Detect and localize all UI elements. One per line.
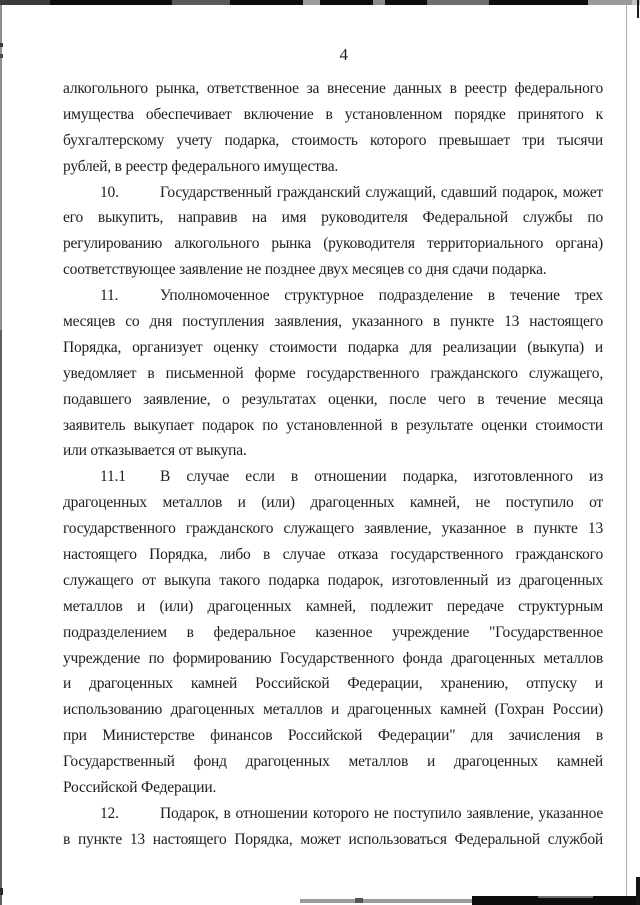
text-line: учреждение по формированию Государственн… (63, 646, 603, 672)
text-line: в пункте 13 настоящего Порядка, может ис… (63, 827, 603, 853)
text-line: драгоценных металлов и (или) драгоценных… (63, 490, 603, 516)
paragraph-first-line-text: Уполномоченное структурное подразделение… (160, 287, 603, 304)
scan-artifact-segment (373, 0, 385, 5)
paragraph-first-line-text: Подарок, в отношении которого не поступи… (160, 805, 603, 822)
text-line: бухгалтерскому учету подарка, стоимость … (63, 128, 603, 154)
text-line: уведомляет в письменной форме государств… (63, 361, 603, 387)
text-line: Порядка, организует оценку стоимости под… (63, 335, 603, 361)
text-line: 11.Уполномоченное структурное подразделе… (63, 283, 603, 309)
scan-artifact-segment (427, 0, 489, 5)
scan-artifact-segment (538, 896, 593, 898)
paragraph-continuation: алкогольного рынка, ответственное за вне… (63, 76, 603, 180)
paragraph-first-line-text: В случае если в отношении подарка, изгот… (160, 468, 603, 485)
text-line: 11.1В случае если в отношении подарка, и… (63, 464, 603, 490)
text-line: государственного гражданского служащего … (63, 516, 603, 542)
scan-artifact-right-edge-line (626, 5, 627, 898)
paragraph-12: 12.Подарок, в отношении которого не пост… (63, 801, 603, 853)
scan-artifact-mark (0, 888, 3, 895)
paragraph-number: 11. (100, 283, 160, 309)
text-line: Российской Федерации. (63, 775, 603, 801)
paragraph-number: 11.1 (100, 464, 160, 490)
scan-artifact-mark (0, 43, 3, 47)
text-line: подразделением в федеральное казенное уч… (63, 620, 603, 646)
paragraph-11.1: 11.1В случае если в отношении подарка, и… (63, 464, 603, 801)
scan-artifact-mark (0, 54, 3, 58)
paragraph-11: 11.Уполномоченное структурное подразделе… (63, 283, 603, 464)
scan-artifact-segment (303, 0, 320, 5)
text-line: его выкупить, направив на имя руководите… (63, 205, 603, 231)
text-line: металлов и (или) драгоценных камней, под… (63, 594, 603, 620)
text-line: соответствующее заявление не позднее дву… (63, 257, 603, 283)
scanned-document-page: 4 алкогольного рынка, ответственное за в… (0, 0, 640, 905)
text-line: подавшего заявление, о результатах оценк… (63, 387, 603, 413)
text-line: служащего от выкупа такого подарка подар… (63, 568, 603, 594)
text-line: использованию драгоценных металлов и дра… (63, 697, 603, 723)
scan-artifact-top-bar (0, 0, 640, 5)
text-line: месяцев со дня поступления заявления, ук… (63, 309, 603, 335)
text-line: 10.Государственный гражданский служащий,… (63, 180, 603, 206)
text-line: и драгоценных камней Российской Федераци… (63, 671, 603, 697)
text-line: или отказывается от выкупа. (63, 438, 603, 464)
text-line: Государственный фонд драгоценных металло… (63, 749, 603, 775)
paragraph-first-line-text: Государственный гражданский служащий, сд… (160, 184, 603, 201)
text-line: 12.Подарок, в отношении которого не пост… (63, 801, 603, 827)
paragraph-number: 12. (100, 801, 160, 827)
text-line: регулированию алкогольного рынка (руково… (63, 231, 603, 257)
text-line: настоящего Порядка, либо в случае отказа… (63, 542, 603, 568)
text-line: алкогольного рынка, ответственное за вне… (63, 76, 603, 102)
text-line: рублей, в реестр федерального имущества. (63, 154, 603, 180)
scan-artifact-segment (172, 0, 230, 5)
scan-artifact-bottom-bar (300, 899, 472, 903)
scan-artifact-mark (355, 898, 363, 903)
document-text-block: алкогольного рынка, ответственное за вне… (63, 76, 603, 853)
scan-artifact-mark (636, 877, 640, 905)
scan-artifact-mark (637, 0, 639, 18)
text-line: имущества обеспечивает включение в устан… (63, 102, 603, 128)
scan-artifact-left-edge-line (0, 330, 2, 905)
page-number: 4 (63, 45, 603, 65)
paragraph-10: 10.Государственный гражданский служащий,… (63, 180, 603, 284)
scan-artifact-segment (0, 0, 50, 5)
paragraph-number: 10. (100, 180, 160, 206)
text-line: при Министерстве финансов Российской Фед… (63, 723, 603, 749)
text-line: заявитель выкупает подарок по установлен… (63, 413, 603, 439)
